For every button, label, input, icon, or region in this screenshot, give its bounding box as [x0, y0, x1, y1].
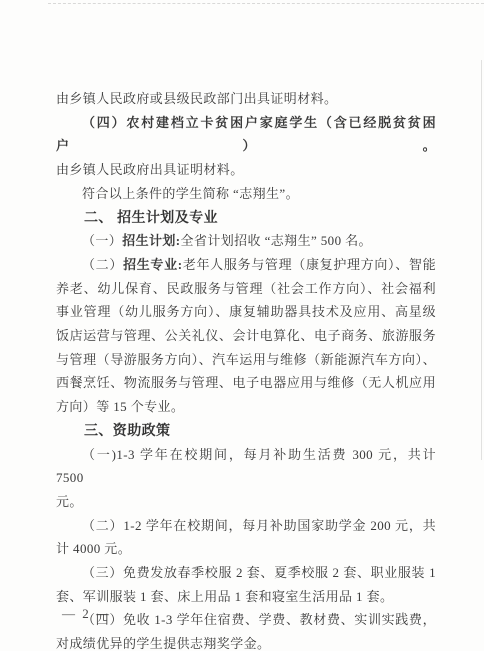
text-segment: 招生计划:: [122, 233, 180, 248]
text-segment: 饭店运营与管理、公关礼仪、会计电算化、电子商务、旅游服务: [56, 328, 436, 343]
page-number: — 2 —: [62, 606, 111, 622]
text-segment: 全省计划招收 “志翔生” 500 名。: [181, 233, 372, 248]
text-line: 事业管理（幼儿服务方向）、康复辅助器具技术及应用、高星级: [56, 300, 436, 324]
text-line: 由乡镇人民政府出具证明材料。: [56, 158, 436, 182]
text-line: （二）1-2 学年在校期间，每月补助国家助学金 200 元，共: [56, 514, 436, 538]
text-segment: 三、资助政策: [84, 422, 170, 438]
text-segment: 二、 招生计划及专业: [84, 209, 218, 225]
text-segment: （二）: [82, 257, 123, 272]
text-segment: 套、军训服装 1 套、床上用品 1 套和寝室生活用品 1 套。: [56, 589, 393, 604]
scan-artifact-right-line: [481, 60, 482, 460]
scan-artifact-top-line: [48, 3, 484, 4]
text-line: 套、军训服装 1 套、床上用品 1 套和寝室生活用品 1 套。: [56, 585, 436, 609]
text-line: 方向）等 15 个专业。: [56, 395, 436, 419]
text-line: 元。: [56, 490, 436, 514]
text-line: 计 4000 元。: [56, 537, 436, 561]
text-segment: 元。: [56, 494, 83, 509]
text-line: （四）免收 1-3 学年住宿费、学费、教材费、实训实践费，: [56, 608, 436, 632]
text-segment: （四）农村建档立卡贫困户家庭学生（含已经脱贫贫困户）。: [56, 115, 436, 154]
text-segment: 养老、幼儿保育、民政服务与管理（社会工作方向）、社会福利: [56, 281, 436, 296]
text-line: 饭店运营与管理、公关礼仪、会计电算化、电子商务、旅游服务: [56, 324, 436, 348]
text-segment: 与管理（导游服务方向）、汽车运用与维修（新能源汽车方向）、: [56, 352, 436, 367]
text-segment: （三）免费发放春季校服 2 套、夏季校服 2 套、职业服装 1: [82, 565, 436, 580]
text-segment: （二）1-2 学年在校期间，每月补助国家助学金 200 元，共: [82, 518, 436, 533]
text-segment: 方向）等 15 个专业。: [56, 399, 184, 414]
text-segment: 事业管理（幼儿服务方向）、康复辅助器具技术及应用、高星级: [56, 304, 436, 319]
text-segment: （四）免收 1-3 学年住宿费、学费、教材费、实训实践费，: [82, 612, 436, 627]
text-segment: 由乡镇人民政府出具证明材料。: [56, 162, 244, 177]
text-line: 符合以上条件的学生简称 “志翔生”。: [56, 182, 436, 206]
text-line: （一）招生计划:全省计划招收 “志翔生” 500 名。: [56, 229, 436, 253]
document-page: 由乡镇人民政府或县级民政部门出具证明材料。（四）农村建档立卡贫困户家庭学生（含已…: [0, 0, 484, 651]
text-line: （二）招生专业:老年人服务与管理（康复护理方向）、智能: [56, 253, 436, 277]
text-segment: 计 4000 元。: [56, 541, 131, 556]
text-block: 由乡镇人民政府或县级民政部门出具证明材料。（四）农村建档立卡贫困户家庭学生（含已…: [56, 87, 436, 651]
text-line: 对成绩优异的学生提供志翔奖学金。: [56, 632, 436, 651]
text-line: （一)1-3 学年在校期间，每月补助生活费 300 元，共计 7500: [56, 443, 436, 490]
text-line: 与管理（导游服务方向）、汽车运用与维修（新能源汽车方向）、: [56, 348, 436, 372]
text-segment: 由乡镇人民政府或县级民政部门出具证明材料。: [56, 91, 337, 106]
text-segment: 西餐烹饪、物流服务与管理、电子电器应用与维修（无人机应用: [56, 375, 436, 390]
text-line: （四）农村建档立卡贫困户家庭学生（含已经脱贫贫困户）。: [56, 111, 436, 158]
text-segment: （一）: [82, 233, 122, 248]
text-line: 二、 招生计划及专业: [56, 206, 436, 230]
text-segment: 符合以上条件的学生简称 “志翔生”。: [82, 186, 299, 201]
text-segment: （一)1-3 学年在校期间，每月补助生活费 300 元，共计 7500: [56, 447, 436, 486]
text-line: 由乡镇人民政府或县级民政部门出具证明材料。: [56, 87, 436, 111]
text-line: （三）免费发放春季校服 2 套、夏季校服 2 套、职业服装 1: [56, 561, 436, 585]
text-line: 西餐烹饪、物流服务与管理、电子电器应用与维修（无人机应用: [56, 371, 436, 395]
text-line: 养老、幼儿保育、民政服务与管理（社会工作方向）、社会福利: [56, 277, 436, 301]
text-segment: 对成绩优异的学生提供志翔奖学金。: [56, 636, 270, 651]
text-segment: 招生专业:: [123, 257, 182, 272]
text-segment: 老年人服务与管理（康复护理方向）、智能: [183, 257, 436, 272]
text-line: 三、资助政策: [56, 419, 436, 443]
